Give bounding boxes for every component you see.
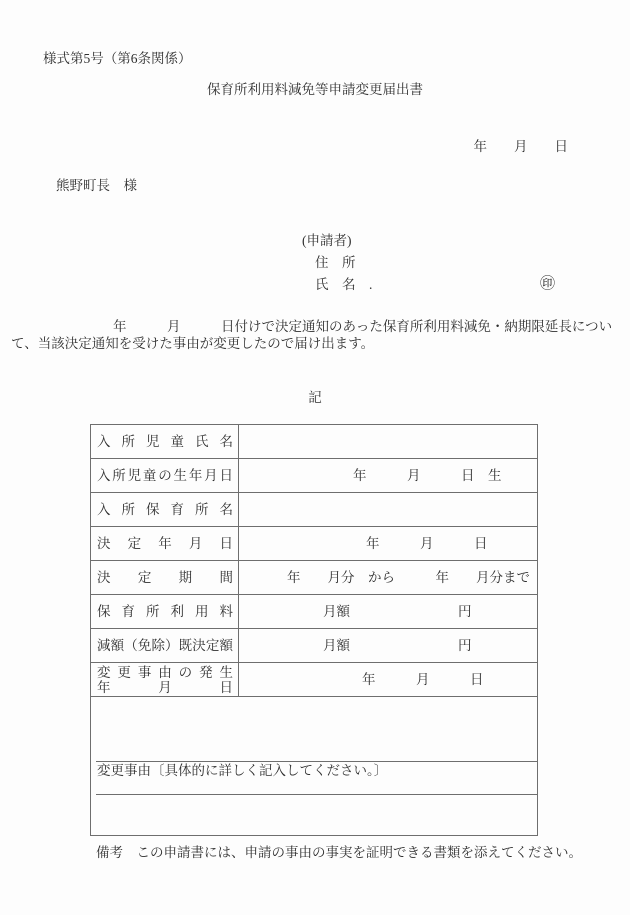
row-value: 年 月 日 (239, 663, 538, 697)
table-row-decision-period: 決定期間 年 月分 から 年 月分まで (91, 561, 538, 595)
change-reason-cell: 変更事由〔具体的に詳しく記入してください。〕 (91, 697, 538, 836)
table-row-change-reason: 変更事由〔具体的に詳しく記入してください。〕 (91, 697, 538, 836)
body-paragraph: 年 月 日付けで決定通知のあった保育所利用料減免・納期限延長につい て、当該決定… (11, 319, 611, 352)
row-label: 変更事由の発生 年月日 (91, 663, 239, 697)
row-label-line-1: 変更事由の発生 (97, 665, 233, 680)
attachment-note: 備考 この申請書には、申請の事由の事実を証明できる書類を添えてください。 (96, 845, 582, 861)
row-value (239, 493, 538, 527)
row-value (239, 425, 538, 459)
row-label: 入所児童の生年月日 (91, 459, 239, 493)
body-line-2: て、当該決定通知を受けた事由が変更したので届け出ます。 (11, 336, 611, 353)
row-value: 年 月 日 (239, 527, 538, 561)
section-mark: 記 (0, 390, 630, 406)
row-value: 年 月 日 生 (239, 459, 538, 493)
row-label-line-2: 年月日 (97, 680, 233, 695)
row-label: 保育所利用料 (91, 595, 239, 629)
applicant-heading: (申請者) (302, 233, 352, 249)
table-row-nursery-name: 入所保育所名 (91, 493, 538, 527)
table-row-usage-fee: 保育所利用料 月額 円 (91, 595, 538, 629)
table-row-decision-date: 決定年月日 年 月 日 (91, 527, 538, 561)
row-label: 決定年月日 (91, 527, 239, 561)
fill-line (96, 761, 537, 762)
row-label: 入所保育所名 (91, 493, 239, 527)
table-row-child-name: 入所児童氏名 (91, 425, 538, 459)
row-label: 減額（免除）既決定額 (91, 629, 239, 663)
row-value: 月額 円 (239, 595, 538, 629)
table-row-change-date: 変更事由の発生 年月日 年 月 日 (91, 663, 538, 697)
form-page: 様式第5号（第6条関係） 保育所利用料減免等申請変更届出書 年 月 日 熊野町長… (0, 0, 630, 915)
applicant-name-label: 氏 名 . (315, 277, 372, 293)
table-row-reduced-amount: 減額（免除）既決定額 月額 円 (91, 629, 538, 663)
change-reason-label: 変更事由〔具体的に詳しく記入してください。〕 (97, 763, 531, 779)
seal-mark-icon: ㊞ (540, 276, 555, 292)
form-number: 様式第5号（第6条関係） (43, 51, 192, 67)
date-line: 年 月 日 (0, 139, 568, 155)
form-table: 入所児童氏名 入所児童の生年月日 年 月 日 生 入所保育所名 決定年月日 年 … (90, 424, 538, 836)
applicant-address-label: 住 所 (315, 255, 356, 271)
row-label: 決定期間 (91, 561, 239, 595)
row-value: 年 月分 から 年 月分まで (239, 561, 538, 595)
row-value: 月額 円 (239, 629, 538, 663)
table-row-birthdate: 入所児童の生年月日 年 月 日 生 (91, 459, 538, 493)
body-line-1: 年 月 日付けで決定通知のあった保育所利用料減免・納期限延長につい (11, 319, 611, 336)
document-title: 保育所利用料減免等申請変更届出書 (0, 82, 630, 98)
addressee: 熊野町長 様 (56, 178, 137, 194)
row-label: 入所児童氏名 (91, 425, 239, 459)
fill-line (96, 794, 537, 795)
